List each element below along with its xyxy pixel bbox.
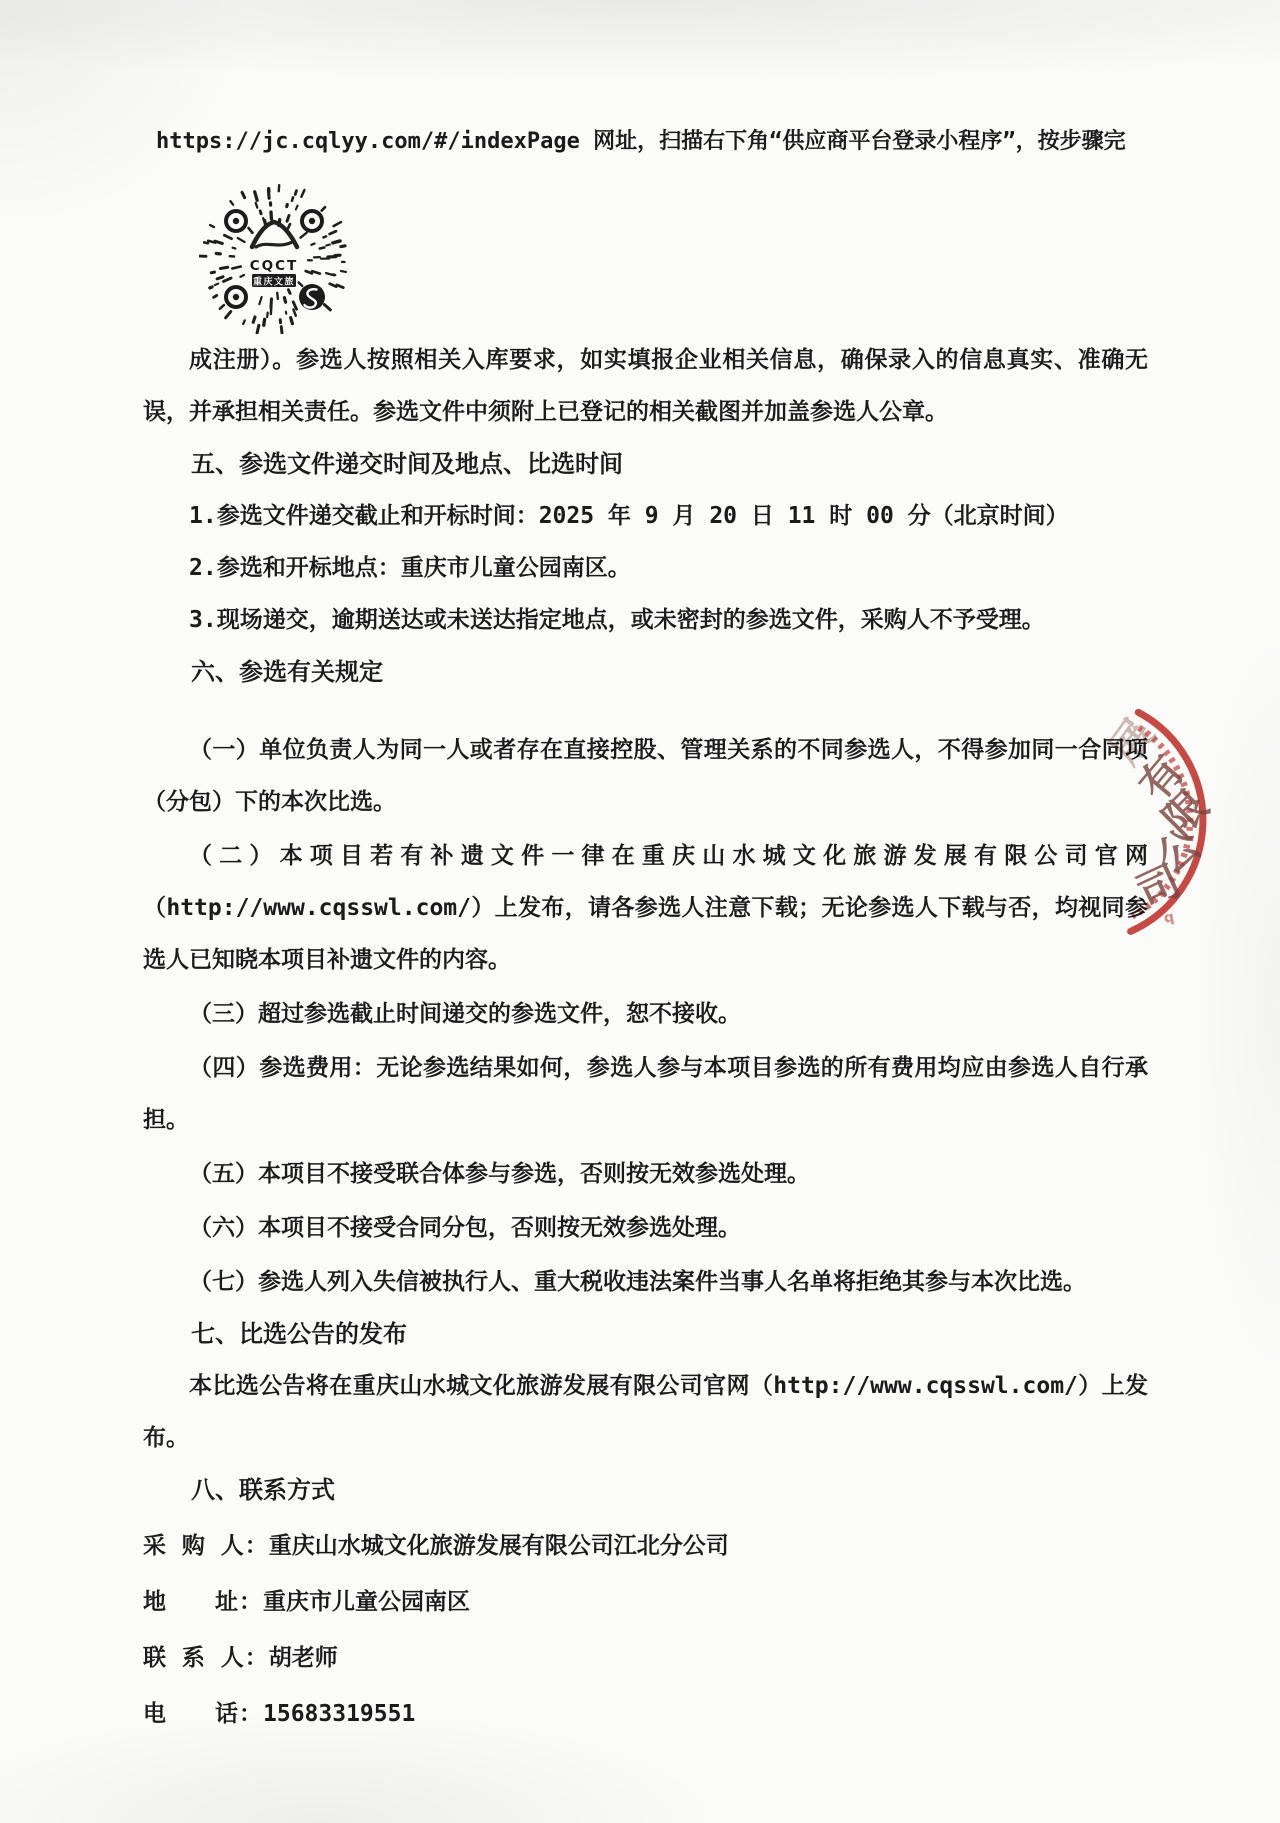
section6-item: （二）本项目若有补遗文件一律在重庆山水城文化旅游发展有限公司官网（http://… [143,830,1148,986]
document-body: https://jc.cqlyy.com/#/indexPage 网址，扫描右下… [143,116,1148,1740]
qr-eye-icon [226,211,246,231]
qr-logo-text: CQCT [250,258,299,274]
intro-line: https://jc.cqlyy.com/#/indexPage 网址，扫描右下… [143,116,1148,168]
contact-value: 15683319551 [263,1701,415,1727]
qr-wechat-s-icon [299,284,325,310]
stamp-text-char: 限 [1153,780,1217,844]
section6-item: （三）超过参选截止时间递交的参选文件，恕不接收。 [143,988,1148,1040]
scanned-document-page: https://jc.cqlyy.com/#/indexPage 网址，扫描右下… [0,0,1280,1823]
publication-paragraph: 本比选公告将在重庆山水城文化旅游发展有限公司官网（http://www.cqss… [143,1360,1148,1464]
contact-label: 电 话： [143,1701,263,1727]
section6-heading: 六、参选有关规定 [143,646,1148,698]
stamp-small-mark: q [1163,909,1176,926]
section6-item: （七）参选人列入失信被执行人、重大税收违法案件当事人名单将拒绝其参与本次比选。 [143,1256,1148,1308]
section5-heading: 五、参选文件递交时间及地点、比选时间 [143,438,1148,490]
contact-value: 重庆山水城文化旅游发展有限公司江北分公司 [269,1533,729,1559]
contact-value: 胡老师 [269,1645,338,1671]
section5-item: 2.参选和开标地点：重庆市儿童公园南区。 [143,542,1148,594]
mini-program-qr-icon: CQCT 重庆文旅 [199,184,349,334]
contact-label: 采 购 人： [143,1533,269,1559]
contact-row-phone: 电 话：15683319551 [143,1688,1148,1740]
contact-value: 重庆市儿童公园南区 [263,1589,470,1615]
section8-heading: 八、联系方式 [143,1464,1148,1516]
contact-row-purchaser: 采 购 人：重庆山水城文化旅游发展有限公司江北分公司 [143,1520,1148,1572]
qr-logo-subtext: 重庆文旅 [253,276,295,288]
qr-eye-icon [226,287,246,307]
stamp-text-char: 公 [1147,818,1210,882]
qr-eye-icon [302,211,322,231]
section6-item: （四）参选费用：无论参选结果如何，参选人参与本项目参选的所有费用均应由参选人自行… [143,1042,1148,1146]
contact-row-person: 联 系 人：胡老师 [143,1632,1148,1684]
contact-label: 地 址： [143,1589,263,1615]
qr-code: CQCT 重庆文旅 [199,184,349,334]
section7-heading: 七、比选公告的发布 [143,1308,1148,1360]
section6-item: （五）本项目不接受联合体参与参选，否则按无效参选处理。 [143,1148,1148,1200]
section6-item: （一）单位负责人为同一人或者存在直接控股、管理关系的不同参选人，不得参加同一合同… [143,724,1148,828]
contact-row-address: 地 址：重庆市儿童公园南区 [143,1576,1148,1628]
section5-item: 1.参选文件递交截止和开标时间：2025 年 9 月 20 日 11 时 00 … [143,490,1148,542]
qr-center-logo: CQCT 重庆文旅 [250,222,299,288]
section6-item: （六）本项目不接受合同分包，否则按无效参选处理。 [143,1202,1148,1254]
registration-paragraph: 成注册）。参选人按照相关入库要求，如实填报企业相关信息，确保录入的信息真实、准确… [143,334,1148,438]
contact-label: 联 系 人： [143,1645,269,1671]
section5-item: 3.现场递交，逾期送达或未送达指定地点，或未密封的参选文件，采购人不予受理。 [143,594,1148,646]
